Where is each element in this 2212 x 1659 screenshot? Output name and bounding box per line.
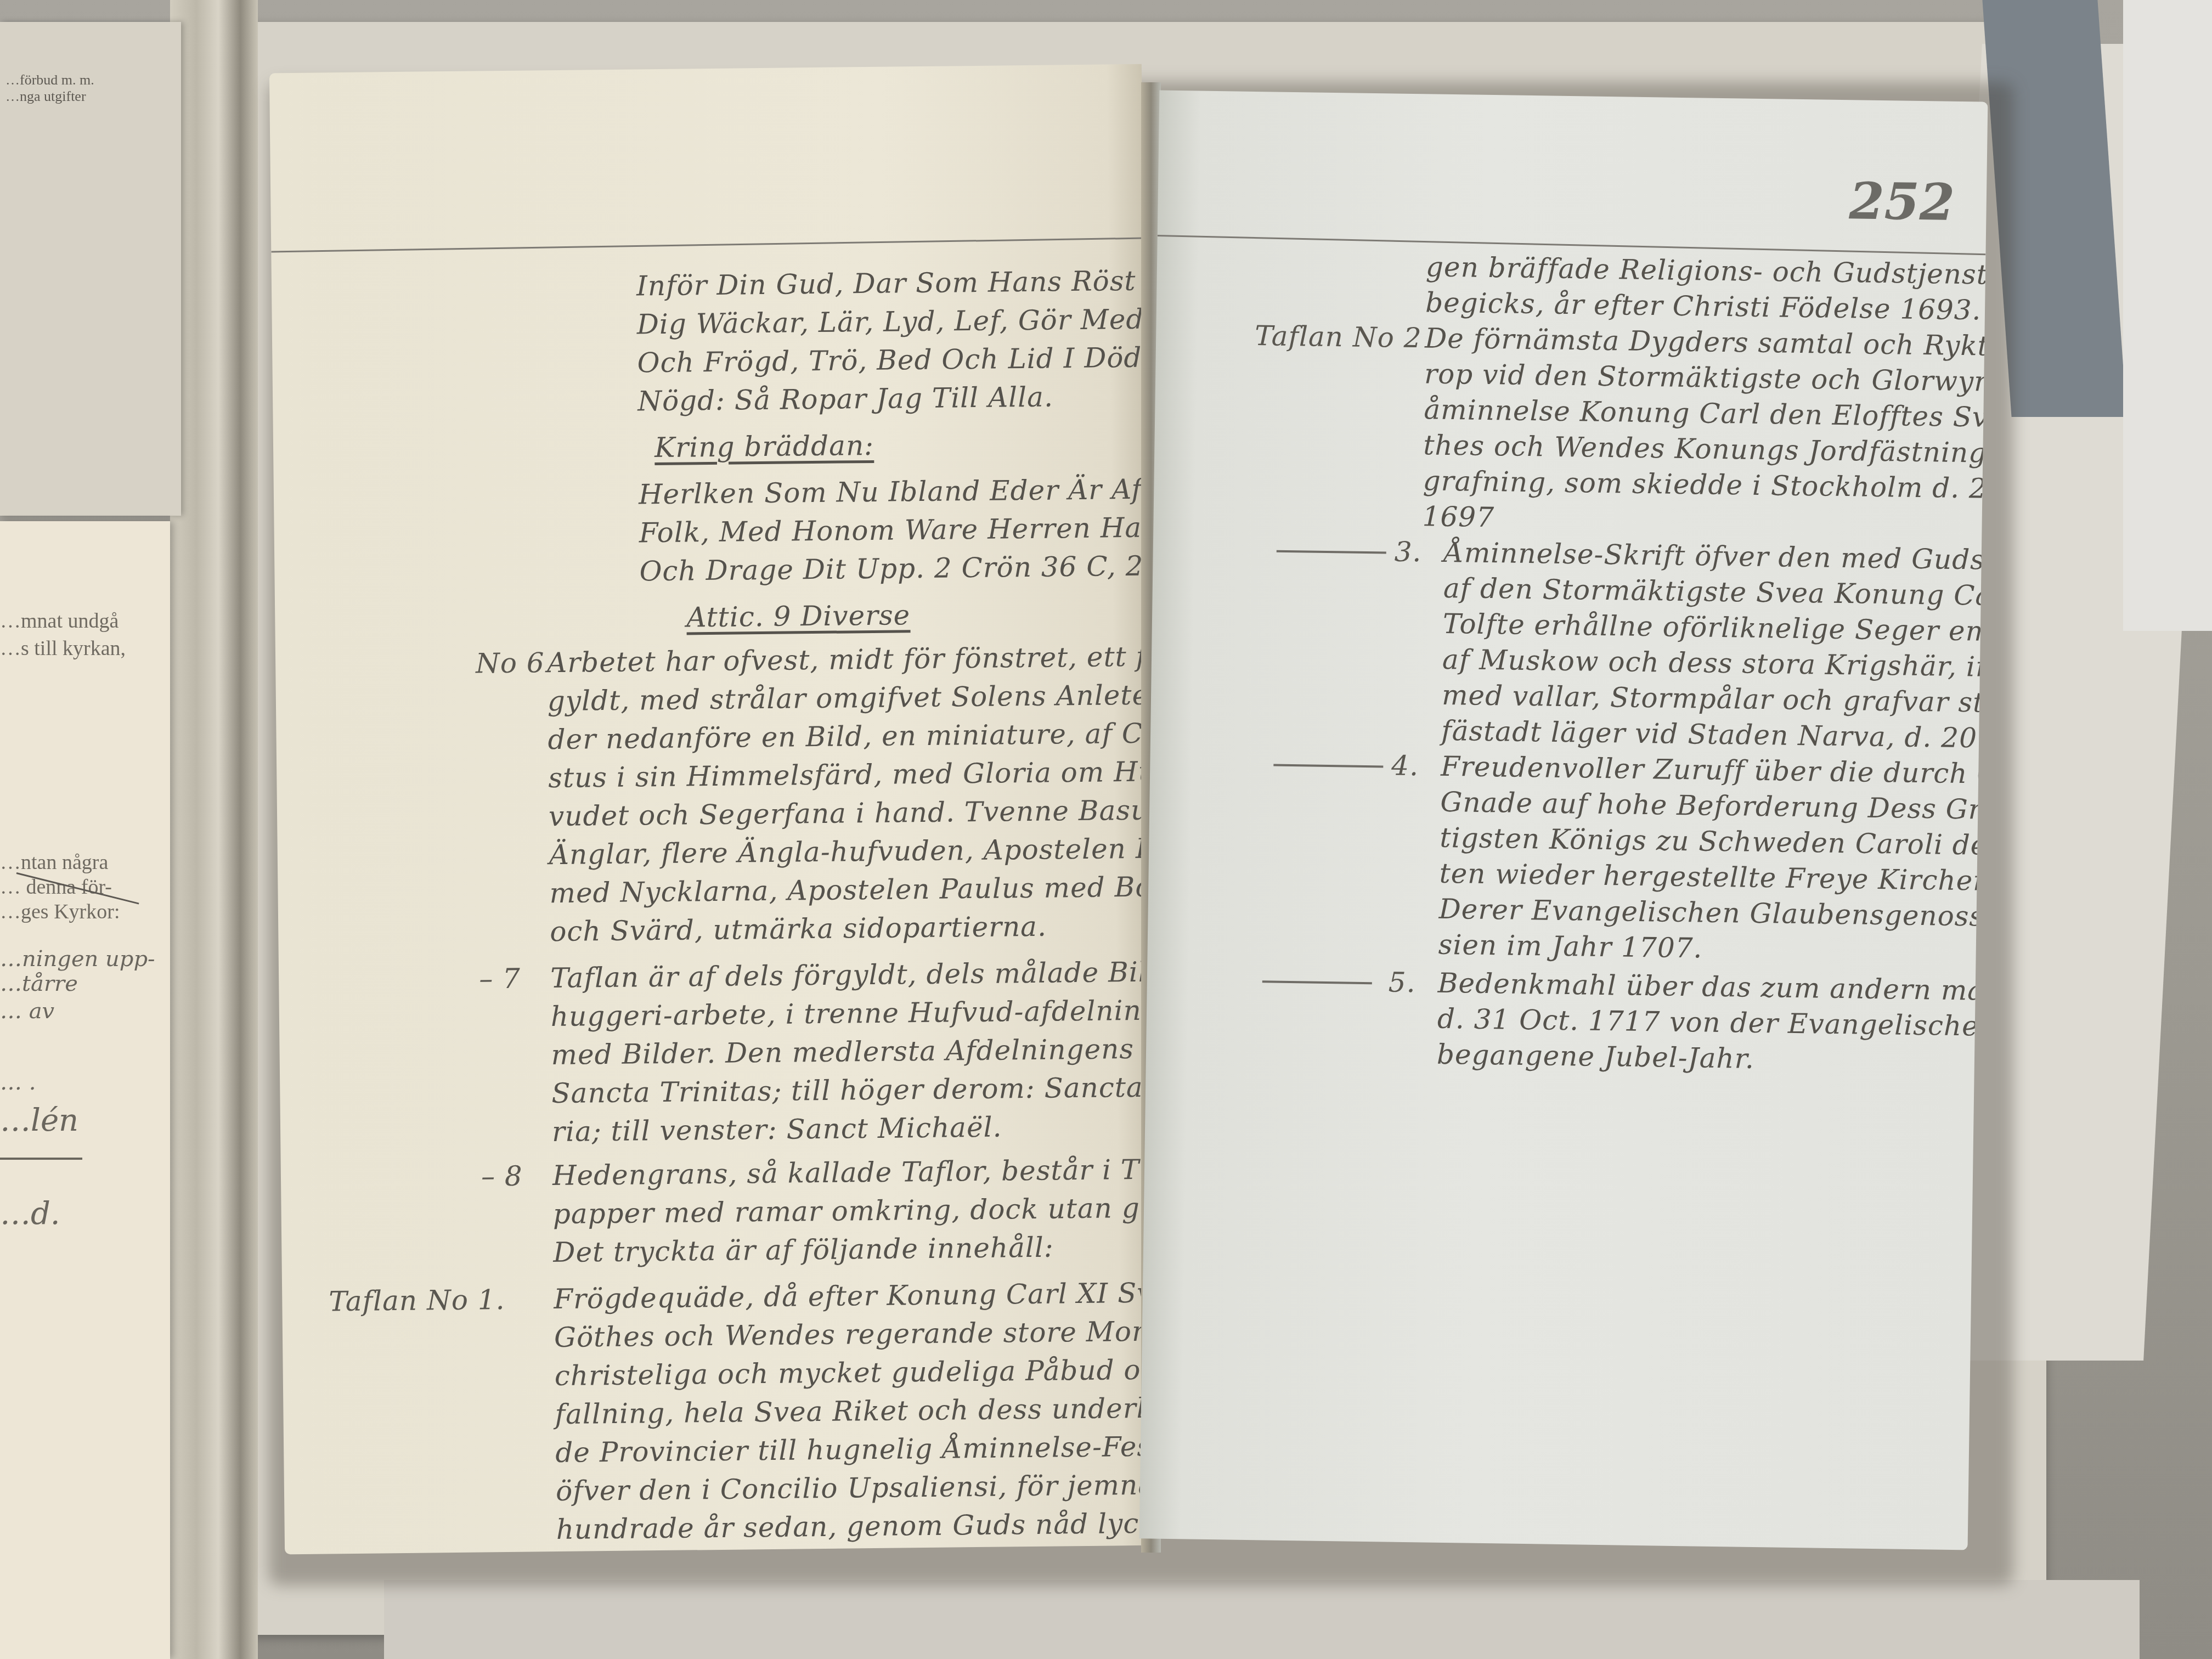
entry-line: af den Stormäktigste Svea Konung Carl de…	[1443, 574, 1988, 611]
entry-line: tigsten Königs zu Schweden Caroli des Zw…	[1440, 824, 1988, 861]
item-line: huggeri-arbete, i trenne Hufvud-afdelnin…	[551, 996, 1157, 1030]
entry-line: 1697	[1422, 503, 1494, 531]
verse-line: Inför Din Gud, Dar Som Hans Röst	[636, 267, 1136, 300]
item-line: Arbetet har ofvest, midt för fönstret, e…	[547, 642, 1157, 676]
entry-number: 5.	[1388, 969, 1415, 997]
entry-line: thes och Wendes Konungs Jordfästning och…	[1423, 431, 1988, 468]
printed-line: …förbud m. m.	[5, 71, 94, 88]
ditto-dash	[1273, 764, 1383, 768]
entry-line: Freudenvoller Zuruff über die durch Gott…	[1441, 753, 1988, 789]
continuation-line: begicks, år efter Christi Födelse 1693.	[1425, 289, 1982, 324]
verse-line: Nögd: Så Ropar Jag Till Alla.	[637, 383, 1053, 415]
section-heading: Attic. 9 Diverse	[686, 601, 910, 631]
taflan-label: Taflan No 2	[1255, 322, 1422, 352]
entry-line: ten wieder hergestellte Freye Kirchen Üb…	[1439, 860, 1988, 896]
entry-line: grafning, som skiedde i Stockholm d. 24 …	[1423, 467, 1988, 504]
entry-number: 4.	[1391, 752, 1419, 780]
taflan-line: christeliga och mycket gudeliga Påbud oc…	[555, 1355, 1158, 1390]
manuscript-right-page: 252 gen bräffade Religions- och Gudstjen…	[1139, 91, 1988, 1550]
taflan-line: hundrade år sedan, genom Guds nåd lyckli…	[556, 1509, 1157, 1543]
entry-line: Åminnelse-Skrift öfver den med Guds hiel…	[1443, 539, 1988, 575]
verse-line: Och Drage Dit Upp. 2 Crön 36 C, 22 v.	[639, 552, 1157, 585]
manuscript-left-page: Inför Din Gud, Dar Som Hans Röst Dig Wäc…	[269, 64, 1157, 1555]
taflan-line: öfver den i Concilio Upsaliensi, för jem…	[556, 1471, 1157, 1505]
handwritten-fragment: …d.	[0, 1196, 60, 1232]
entry-line: fästadt läger vid Staden Narva, d. 20 No…	[1441, 717, 1988, 755]
entry-line: begangene Jubel-Jahr.	[1437, 1041, 1755, 1073]
printed-line: …ntan några	[0, 850, 108, 876]
printed-line: …ges Kyrkor:	[0, 900, 120, 925]
left-top-printed-doc: …förbud m. m. …nga utgifter	[0, 22, 181, 516]
entry-line: De förnämsta Dygders samtal och Rykteets…	[1425, 324, 1988, 361]
entry-line: d. 31 Oct. 1717 von der Evangelischen Ki…	[1437, 1005, 1988, 1042]
verse-line: Dig Wäckar, Lär, Lyd, Lef, Gör Med Lust	[636, 304, 1157, 338]
item-line: vudet och Segerfana i hand. Tvenne Basun…	[549, 796, 1157, 830]
far-right-paper	[2123, 0, 2212, 631]
item-line: gyldt, med strålar omgifvet Solens Anlet…	[548, 680, 1157, 715]
header-rule	[271, 238, 1143, 253]
archive-photo-scene: …förbud m. m. …nga utgifter …mnat undgå …	[0, 0, 2212, 1659]
entry-number: 3.	[1394, 538, 1421, 566]
page-number: 252	[1849, 171, 1955, 232]
continuation-line: gen bräffade Religions- och Gudstjenstsf…	[1426, 253, 1988, 290]
entry-line: rop vid den Stormäktigste och Glorwyrdig…	[1424, 360, 1988, 397]
ditto-dash	[1277, 550, 1386, 554]
left-main-printed-doc: …mnat undgå …s till kyrkan, …ntan några …	[0, 521, 170, 1659]
verse-line: Och Frögd, Trö, Bed Och Lid I Döden	[637, 343, 1157, 376]
entry-line: sien im Jahr 1707.	[1438, 931, 1702, 962]
item-number: No 6	[476, 649, 545, 677]
item-line: stus i sin Himmelsfärd, med Gloria om Hu…	[548, 758, 1157, 792]
printed-line: …s till kyrkan,	[0, 636, 126, 662]
taflan-line: Frögdequäde, då efter Konung Carl XI Sve…	[554, 1278, 1157, 1313]
item-line: ria; till venster: Sanct Michaël.	[552, 1114, 1002, 1146]
entry-line: Bedenkmahl über das zum andern mahl	[1437, 969, 1988, 1005]
bottom-folder	[384, 1580, 2140, 1659]
stacked-page-edges	[170, 0, 258, 1659]
entry-line: åminnelse Konung Carl den Elofftes Sveri…	[1424, 396, 1988, 433]
item-line: med Bilder. Den medlersta Afdelningens ä…	[551, 1035, 1157, 1069]
item-line: Sancta Trinitas; till höger derom: Sanct…	[551, 1073, 1157, 1108]
item-line: och Svärd, utmärka sidopartierna.	[550, 913, 1047, 945]
item-line: Änglar, flere Ängla-hufvuden, Apostelen …	[549, 834, 1158, 868]
entry-line: af Muskow och dess stora Krigshär, inom …	[1442, 646, 1988, 682]
subheading: Kring bräddan:	[654, 432, 874, 461]
taflan-line: Göthes och Wendes regerande store Monarc…	[554, 1317, 1157, 1351]
entry-line: Derer Evangelischen Glaubensgenossen in …	[1438, 895, 1988, 933]
entry-line: Tolfte erhållne oförliknelige Seger emot…	[1443, 610, 1988, 647]
ditto-dash	[1262, 980, 1372, 984]
item-line: Hedengrans, så kallade Taflor, består i …	[552, 1155, 1157, 1189]
left-document-stack: …förbud m. m. …nga utgifter …mnat undgå …	[0, 0, 258, 1659]
printed-line: … denna för-	[0, 875, 112, 900]
handwritten-fragment: …tårre	[0, 971, 78, 996]
printed-line: …nga utgifter	[5, 88, 86, 105]
taflan-line: fallning, hela Svea Riket och dess under…	[555, 1393, 1157, 1428]
item-line: med Nycklarna, Apostelen Paulus med Bok	[549, 873, 1157, 907]
item-line: papper med ramar omkring, dock utan glas…	[552, 1194, 1157, 1228]
item-line: Taflan är af dels förgyldt, dels målade …	[550, 958, 1157, 992]
entry-line: med vallar, Stormpålar och grafvar stark…	[1442, 681, 1988, 718]
taflan-line: de Provincier till hugnelig Åminnelse-Fe…	[555, 1432, 1157, 1466]
handwritten-fragment: … .	[0, 1070, 36, 1095]
entry-line: Gnade auf hohe Beforderung Dess Grossmäc…	[1440, 788, 1988, 825]
verse-line: Herlken Som Nu Ibland Eder Är Af Hans	[639, 475, 1157, 508]
item-line: Det tryckta är af följande innehåll:	[553, 1234, 1054, 1267]
handwritten-fragment: …ningen upp-	[0, 946, 155, 972]
handwritten-fragment: …lén	[0, 1103, 78, 1138]
printed-line: …mnat undgå	[0, 609, 119, 634]
taflan-label: Taflan No 1.	[329, 1286, 505, 1315]
item-number: – 7	[479, 965, 521, 993]
item-number: – 8	[481, 1163, 523, 1190]
item-line: der nedanföre en Bild, en miniature, af …	[548, 719, 1157, 753]
signature-underline	[0, 1158, 82, 1160]
verse-line: Folk, Med Honom Ware Herren Hans Gud	[639, 513, 1157, 547]
handwritten-fragment: … av	[0, 998, 54, 1024]
header-rule	[1158, 235, 1986, 255]
